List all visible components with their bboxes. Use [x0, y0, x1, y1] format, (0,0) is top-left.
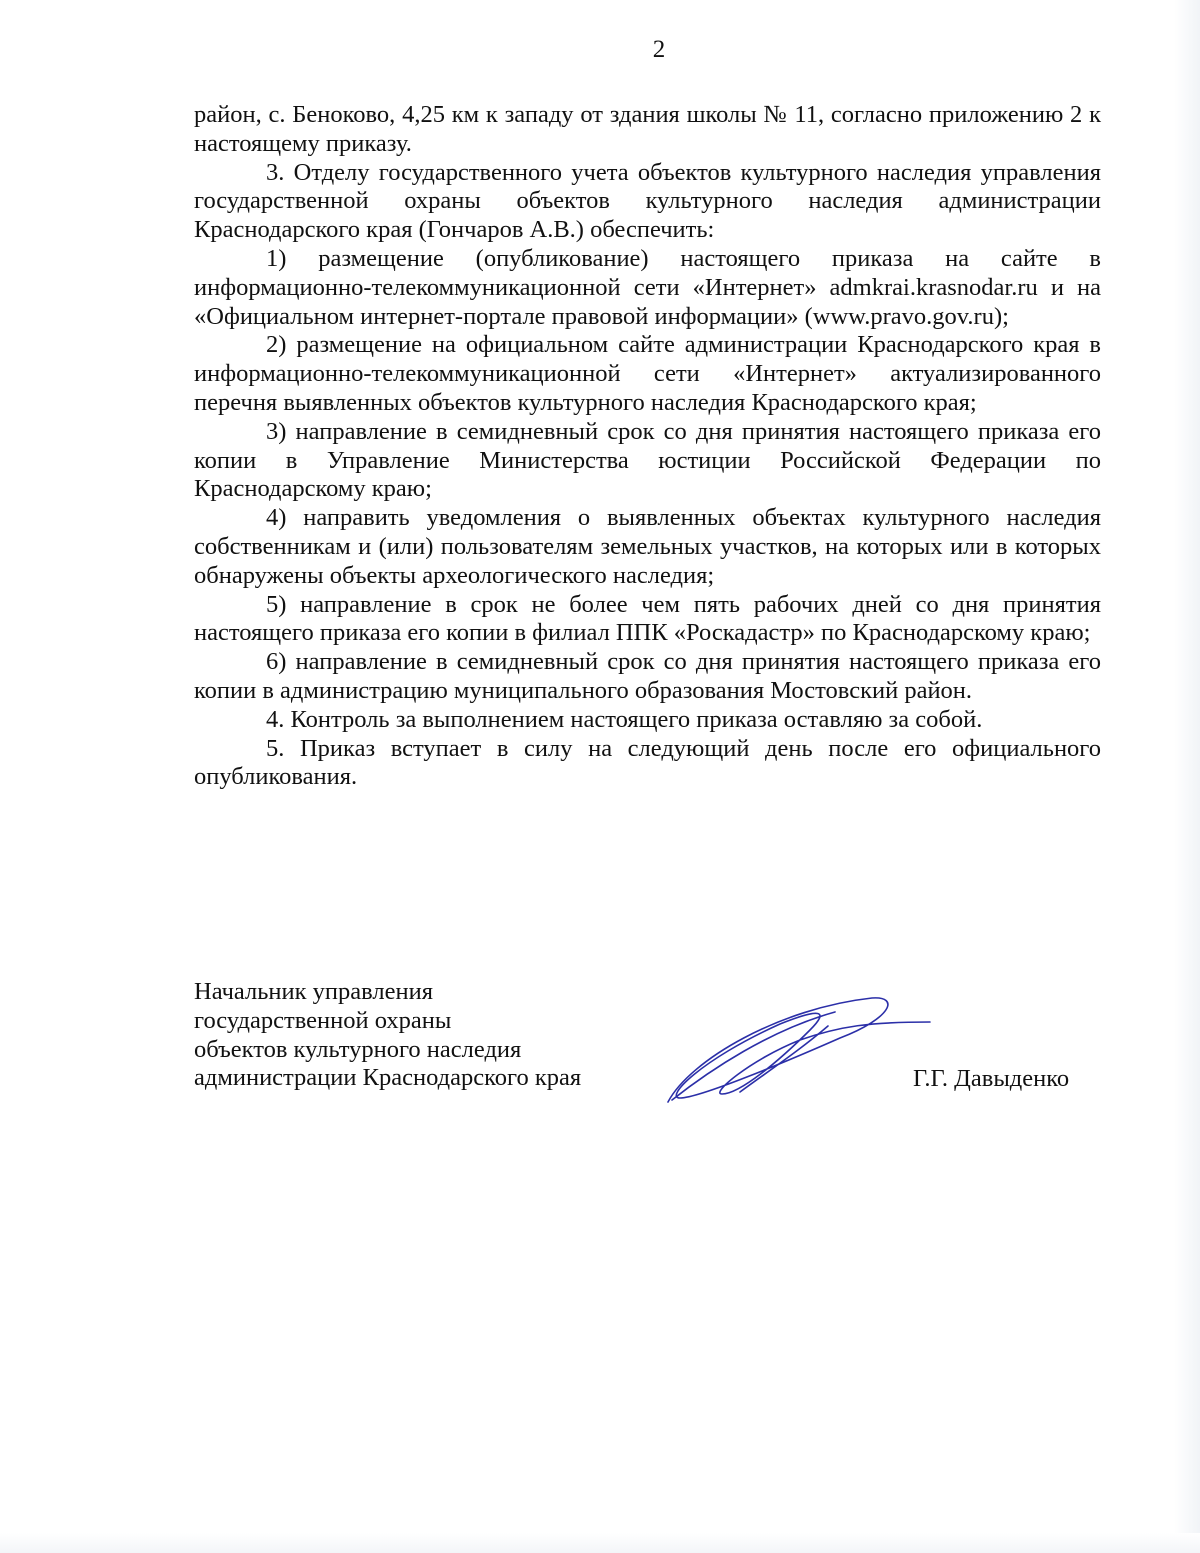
signer-name: Г.Г. Давыденко	[913, 1065, 1069, 1093]
signatory-title-line: объектов культурного наследия	[194, 1036, 581, 1065]
document-body: район, с. Беноково, 4,25 км к западу от …	[194, 101, 1101, 792]
paragraph-continuation: район, с. Беноково, 4,25 км к западу от …	[194, 101, 1101, 159]
paragraph-item-4: 4. Контроль за выполнением настоящего пр…	[194, 706, 1101, 735]
signatory-title: Начальник управления государственной охр…	[194, 978, 581, 1093]
paragraph-item-5: 5. Приказ вступает в силу на следующий д…	[194, 735, 1101, 793]
signatory-title-line: Начальник управления	[194, 978, 581, 1007]
signatory-title-line: государственной охраны	[194, 1007, 581, 1036]
paragraph-subitem-6: 6) направление в семидневный срок со дня…	[194, 648, 1101, 706]
signatory-title-line: администрации Краснодарского края	[194, 1064, 581, 1093]
paragraph-subitem-5: 5) направление в срок не более чем пять …	[194, 591, 1101, 649]
scan-edge-shadow	[0, 1533, 1200, 1553]
paragraph-subitem-3: 3) направление в семидневный срок со дня…	[194, 418, 1101, 504]
paragraph-subitem-1: 1) размещение (опубликование) настоящего…	[194, 245, 1101, 331]
scan-edge-shadow	[1174, 0, 1200, 1553]
paragraph-subitem-4: 4) направить уведомления о выявленных об…	[194, 504, 1101, 590]
paragraph-item-3: 3. Отделу государственного учета объекто…	[194, 159, 1101, 245]
page-number: 2	[0, 36, 1200, 64]
paragraph-subitem-2: 2) размещение на официальном сайте админ…	[194, 331, 1101, 417]
handwritten-signature-icon	[660, 990, 940, 1110]
